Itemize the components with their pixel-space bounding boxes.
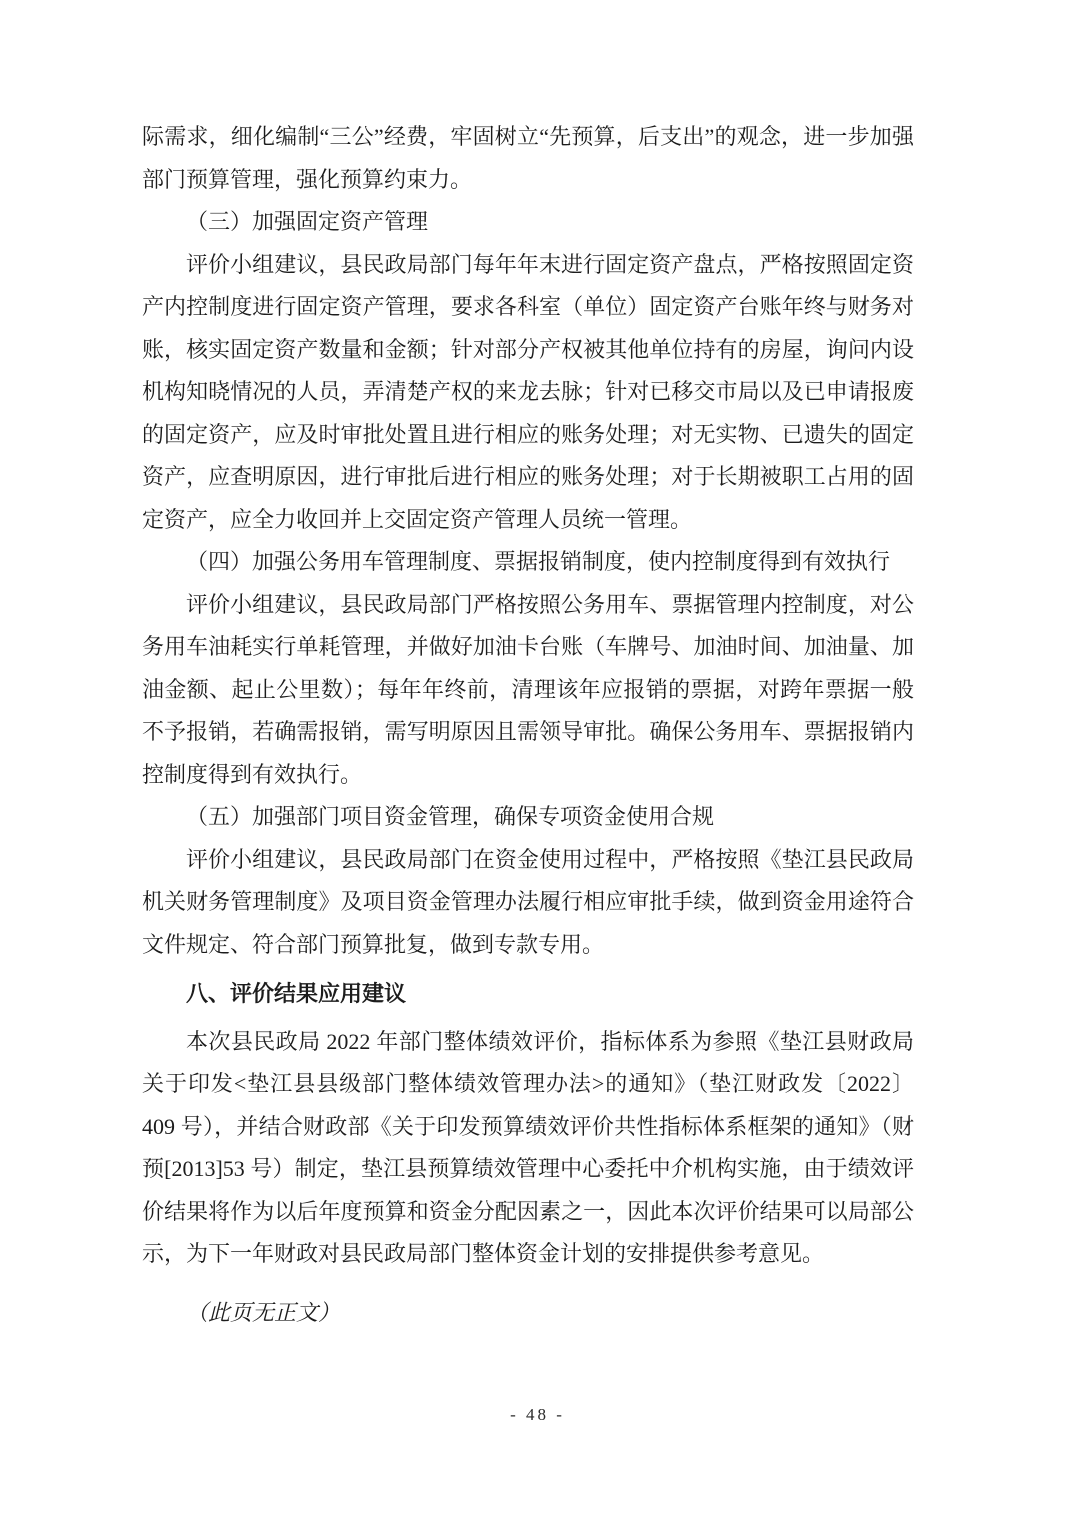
subsection-title-4: （四）加强公务用车管理制度、票据报销制度，使内控制度得到有效执行 <box>142 541 914 584</box>
body-paragraph-result-application: 本次县民政局 2022 年部门整体绩效评价，指标体系为参照《垫江县财政局关于印发… <box>142 1021 914 1276</box>
body-paragraph-continuation: 际需求，细化编制“三公”经费，牢固树立“先预算，后支出”的观念，进一步加强部门预… <box>142 116 914 201</box>
body-paragraph-project-funds: 评价小组建议，县民政局部门在资金使用过程中，严格按照《垫江县民政局机关财务管理制… <box>142 839 914 967</box>
section-heading-8: 八、评价结果应用建议 <box>142 974 914 1017</box>
document-page: 际需求，细化编制“三公”经费，牢固树立“先预算，后支出”的观念，进一步加强部门预… <box>0 0 1075 1520</box>
subsection-title-3: （三）加强固定资产管理 <box>142 201 914 244</box>
body-paragraph-vehicle-invoice: 评价小组建议，县民政局部门严格按照公务用车、票据管理内控制度，对公务用车油耗实行… <box>142 584 914 797</box>
document-body: 际需求，细化编制“三公”经费，牢固树立“先预算，后支出”的观念，进一步加强部门预… <box>142 116 914 1334</box>
subsection-title-5: （五）加强部门项目资金管理，确保专项资金使用合规 <box>142 796 914 839</box>
footer-page-number: - 48 - <box>0 1405 1075 1425</box>
body-paragraph-fixed-assets: 评价小组建议，县民政局部门每年年末进行固定资产盘点，严格按照固定资产内控制度进行… <box>142 244 914 542</box>
no-body-text-note: （此页无正文） <box>142 1292 914 1335</box>
